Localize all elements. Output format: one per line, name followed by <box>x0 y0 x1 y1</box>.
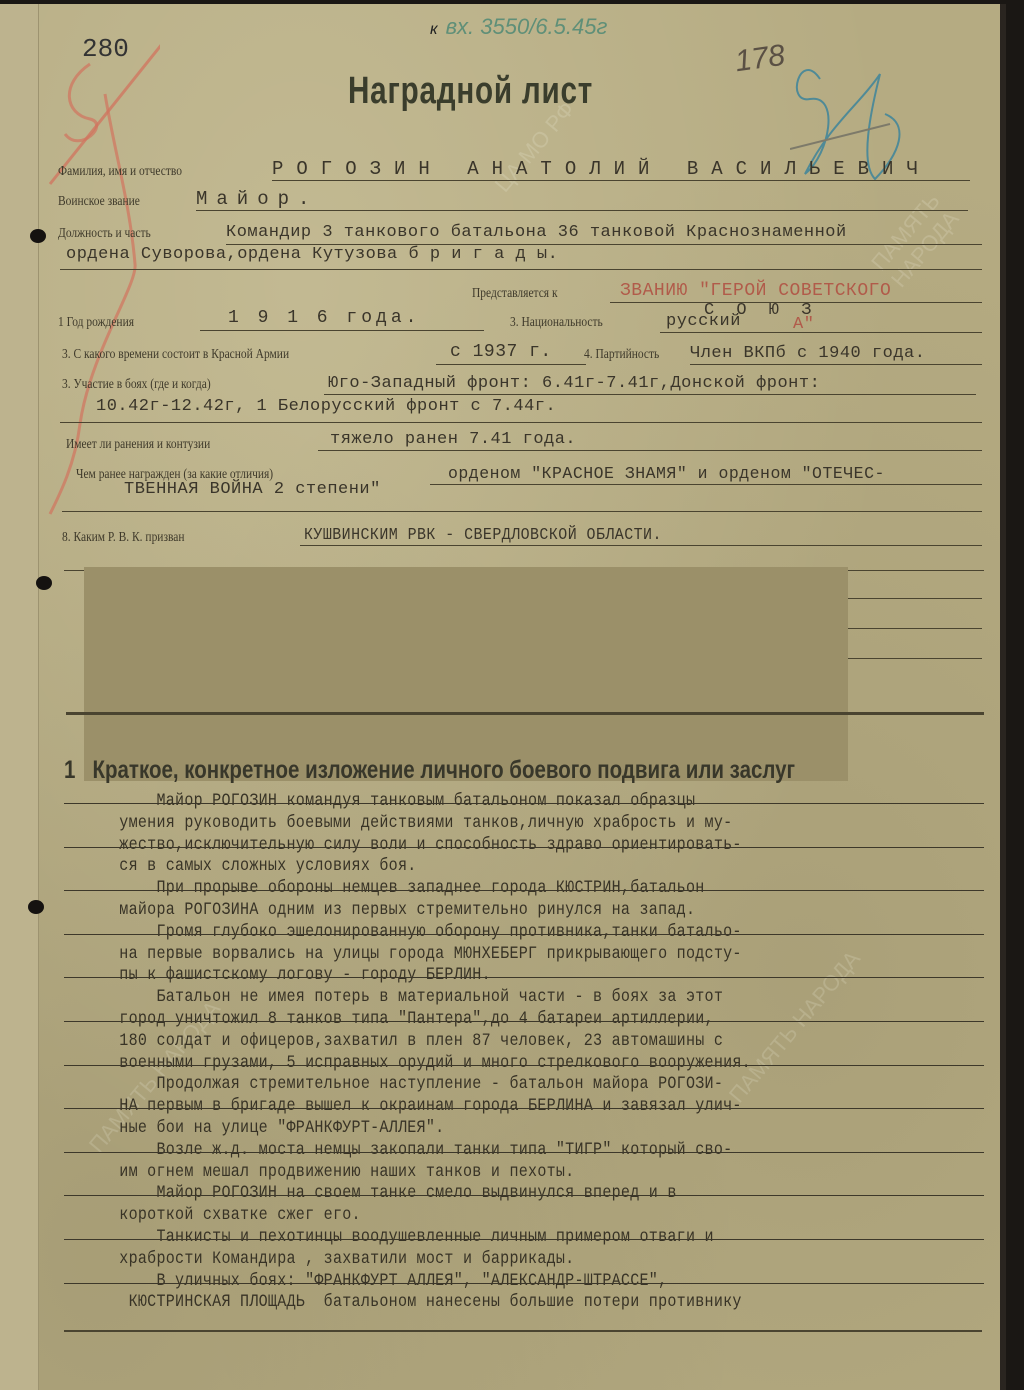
draft-office-value: КУШВИНСКИМ РВК - СВЕРДЛОВСКОЙ ОБЛАСТИ. <box>304 526 662 545</box>
narrative-line: 180 солдат и офицеров,захватил в плен 87… <box>110 1031 723 1051</box>
narrative-ruled-line <box>64 1283 984 1284</box>
wounds-label: Имеет ли ранения и контузии <box>66 437 210 453</box>
punch-hole <box>30 229 46 243</box>
rank-value: Майор. <box>196 188 318 210</box>
position-label: Должность и часть <box>58 226 151 242</box>
narrative-ruled-line <box>64 1065 984 1066</box>
narrative-number: 1 <box>64 756 75 784</box>
narrative-line: ся в самых сложных условиях боя. <box>110 856 417 876</box>
position-rule-2 <box>60 269 982 270</box>
prior-awards-value-line2: ТВЕННАЯ ВОЙНА 2 степени" <box>124 480 381 499</box>
narrative-ruled-line <box>64 1021 984 1022</box>
battles-label: 3. Участие в боях (где и когда) <box>62 377 211 393</box>
rank-rule <box>196 210 968 211</box>
page-edge <box>1000 4 1006 1390</box>
draft-office-label: 8. Каким Р. В. К. призван <box>62 530 185 546</box>
nominated-label: Представляется к <box>472 286 558 302</box>
page-title: Наградной лист <box>348 70 593 113</box>
name-value: РОГОЗИН АНАТОЛИЙ ВАСИЛЬЕВИЧ <box>272 158 931 180</box>
handwritten-number: 178 <box>733 39 787 80</box>
narrative-line: им огнем мешал продвижению наших танков … <box>110 1162 574 1182</box>
redacted-block <box>84 567 848 781</box>
army-since-label: 3. С какого времени состоит в Красной Ар… <box>62 347 289 363</box>
narrative-line: Громя глубоко эшелонированную оборону пр… <box>110 922 742 942</box>
narrative-line: В уличных боях: "ФРАНКФУРТ АЛЛЕЯ", "АЛЕК… <box>110 1271 667 1291</box>
narrative-line: КЮСТРИНСКАЯ ПЛОЩАДЬ батальоном нанесены … <box>110 1292 742 1312</box>
nationality-rule <box>660 332 982 333</box>
narrative-line: военными грузами, 5 исправных орудий и м… <box>110 1053 751 1073</box>
blank-rule <box>848 598 982 599</box>
narrative-line: майора РОГОЗИНА одним из первых стремите… <box>110 900 695 920</box>
name-label: Фамилия, имя и отчество <box>58 164 182 180</box>
narrative-line: НА первым в бригаде вышел к окраинам гор… <box>110 1096 742 1116</box>
birth-year-label: 1 Год рождения <box>58 315 134 331</box>
birth-year-value: 1 9 1 6 года. <box>228 308 420 328</box>
nominated-value-line1: ЗВАНИЮ "ГЕРОЙ СОВЕТСКОГО <box>620 281 891 301</box>
page-number: 280 <box>82 34 129 64</box>
army-since-rule <box>436 364 586 365</box>
archive-ref-prefix: к <box>430 21 438 38</box>
narrative-line: Майор РОГОЗИН командуя танковым батальон… <box>110 791 695 811</box>
rank-label: Воинское звание <box>58 194 140 210</box>
narrative-line: Продолжая стремительное наступление - ба… <box>110 1074 723 1094</box>
narrative-line: ные бои на улице "ФРАНКФУРТ-АЛЛЕЯ". <box>110 1118 444 1138</box>
army-since-value: с 1937 г. <box>450 342 552 362</box>
narrative-line: город уничтожил 8 танков типа "Пантера",… <box>110 1009 714 1029</box>
section-divider <box>66 712 984 715</box>
blank-rule <box>848 628 982 629</box>
battles-rule-1 <box>324 394 976 395</box>
position-value-line2: ордена Суворова,ордена Кутузова б р и г … <box>66 245 558 264</box>
narrative-line: Майор РОГОЗИН на своем танке смело выдви… <box>110 1183 677 1203</box>
narrative-ruled-line <box>64 1239 984 1240</box>
prior-awards-rule-2 <box>62 511 982 512</box>
battles-value-line2: 10.42г-12.42г, 1 Белорусский фронт с 7.4… <box>96 397 556 416</box>
nationality-label: 3. Национальность <box>510 315 603 331</box>
prior-awards-value-line1: орденом "КРАСНОЕ ЗНАМЯ" и орденом "ОТЕЧЕ… <box>448 464 885 483</box>
punch-hole <box>28 900 44 914</box>
narrative-line: пы к фашистскому логову - городу БЕРЛИН. <box>110 965 491 985</box>
position-value-line1: Командир 3 танкового батальона 36 танков… <box>226 223 847 242</box>
closing-rule <box>64 1330 982 1332</box>
narrative-ruled-line <box>64 890 984 891</box>
nationality-value: русский <box>666 312 741 331</box>
battles-rule-2 <box>60 422 982 423</box>
party-rule <box>690 364 982 365</box>
narrative-line: жество,исключительную силу воли и способ… <box>110 835 742 855</box>
narrative-line: Танкисты и пехотинцы воодушевленные личн… <box>110 1227 714 1247</box>
narrative-ruled-line <box>64 803 984 804</box>
narrative-ruled-line <box>64 934 984 935</box>
blank-rule <box>848 658 982 659</box>
name-rule <box>272 180 970 181</box>
punch-hole <box>36 576 52 590</box>
narrative-line: храбрости Командира , захватили мост и б… <box>110 1249 574 1269</box>
award-sheet-page: ЦА МО РФ ЦА МО РФ ЦА МО РФ ЦА МО РФ ПАМЯ… <box>0 4 1006 1390</box>
draft-office-rule <box>300 545 982 546</box>
narrative-line: При прорыве обороны немцев западнее горо… <box>110 878 705 898</box>
narrative-line: короткой схватке сжег его. <box>110 1205 361 1225</box>
narrative-line: Возле ж.д. моста немцы закопали танки ти… <box>110 1140 732 1160</box>
archive-reference: квх. 3550/6.5.45г <box>430 14 607 40</box>
birth-year-rule <box>200 330 484 331</box>
party-label: 4. Партийность <box>584 347 659 363</box>
wounds-rule <box>318 450 982 451</box>
narrative-ruled-line <box>64 977 984 978</box>
narrative-line: на первые ворвались на улицы города МЮНХ… <box>110 944 742 964</box>
party-value: Член ВКПб с 1940 года. <box>690 344 925 363</box>
wounds-value: тяжело ранен 7.41 года. <box>330 430 576 449</box>
narrative-heading: 1 Краткое, конкретное изложение личного … <box>64 756 795 785</box>
narrative-ruled-line <box>64 1152 984 1153</box>
battles-value-line1: Юго-Западный фронт: 6.41г-7.41г,Донской … <box>328 374 820 393</box>
narrative-line: Батальон не имея потерь в материальной ч… <box>110 987 723 1007</box>
narrative-line: умения руководить боевыми действиями тан… <box>110 813 732 833</box>
narrative-ruled-line <box>64 1108 984 1109</box>
archive-ref-value: вх. 3550/6.5.45г <box>446 14 608 39</box>
narrative-ruled-line <box>64 847 984 848</box>
narrative-heading-text: Краткое, конкретное изложение личного бо… <box>92 756 795 784</box>
narrative-ruled-line <box>64 1195 984 1196</box>
watermark: ПАМЯТЬ НАРОДА <box>724 946 866 1108</box>
prior-awards-rule-1 <box>430 484 982 485</box>
